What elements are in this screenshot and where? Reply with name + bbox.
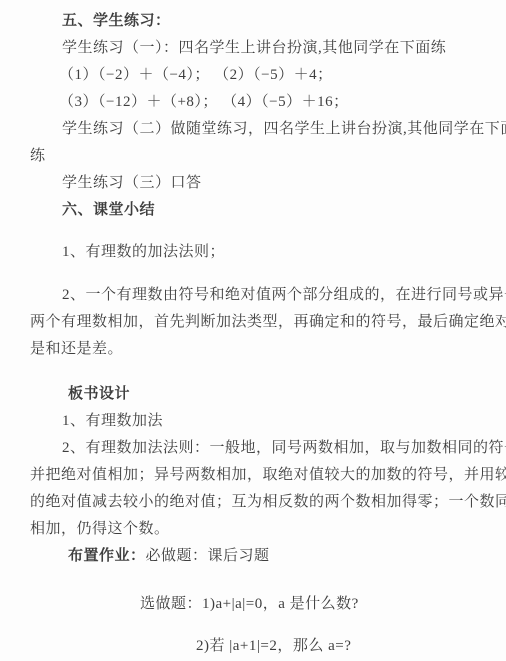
section-heading-six-class-summary: 六、课堂小结 [0,197,506,224]
practice-two-intro: 学生练习（二）做随堂练习，四名学生上讲台扮演,其他同学在下面 [0,116,506,143]
board-design-heading: 板书设计 [0,381,506,408]
board-item-1: 1、有理数加法 [0,408,506,435]
board-item-2-continuation-2: 的绝对值减去较小的绝对值；互为相反数的两个数相加得零；一个数同零 [0,489,506,516]
exercise-row-1: （1）（−2）＋（−4）； （2）（−5）＋4； [0,62,506,89]
homework-label: 布置作业： [68,548,146,564]
summary-item-1: 1、有理数的加法法则； [0,239,506,266]
homework-required: 必做题：课后习题 [146,548,270,564]
section-heading-five-student-practice: 五、学生练习： [0,8,506,35]
exercise-row-2: （3）（−12）＋（+8）； （4）（−5）＋16； [0,89,506,116]
optional-question-1: 选做题：1)a+|a|=0，a 是什么数? [0,591,506,618]
board-item-2-continuation-1: 并把绝对值相加；异号两数相加，取绝对值较大的加数的符号，并用较大 [0,462,506,489]
summary-item-2-continuation: 两个有理数相加，首先判断加法类型，再确定和的符号，最后确定绝对值 [0,309,506,336]
summary-item-2-end: 是和还是差。 [0,336,506,363]
practice-three-oral: 学生练习（三）口答 [0,170,506,197]
practice-one-intro: 学生练习（一）：四名学生上讲台扮演,其他同学在下面练 [0,35,506,62]
board-item-2-rule: 2、有理数加法法则：一般地，同号两数相加，取与加数相同的符号， [0,435,506,462]
summary-item-2: 2、一个有理数由符号和绝对值两个部分组成的，在进行同号或异号 [0,282,506,309]
board-item-2-end: 相加，仍得这个数。 [0,516,506,543]
homework-line: 布置作业：必做题：课后习题 [0,543,506,570]
optional-question-2: 2)若 |a+1|=2，那么 a=? [0,633,506,660]
practice-two-continuation: 练 [0,143,506,170]
lesson-plan-page: 五、学生练习： 学生练习（一）：四名学生上讲台扮演,其他同学在下面练 （1）（−… [0,0,506,661]
